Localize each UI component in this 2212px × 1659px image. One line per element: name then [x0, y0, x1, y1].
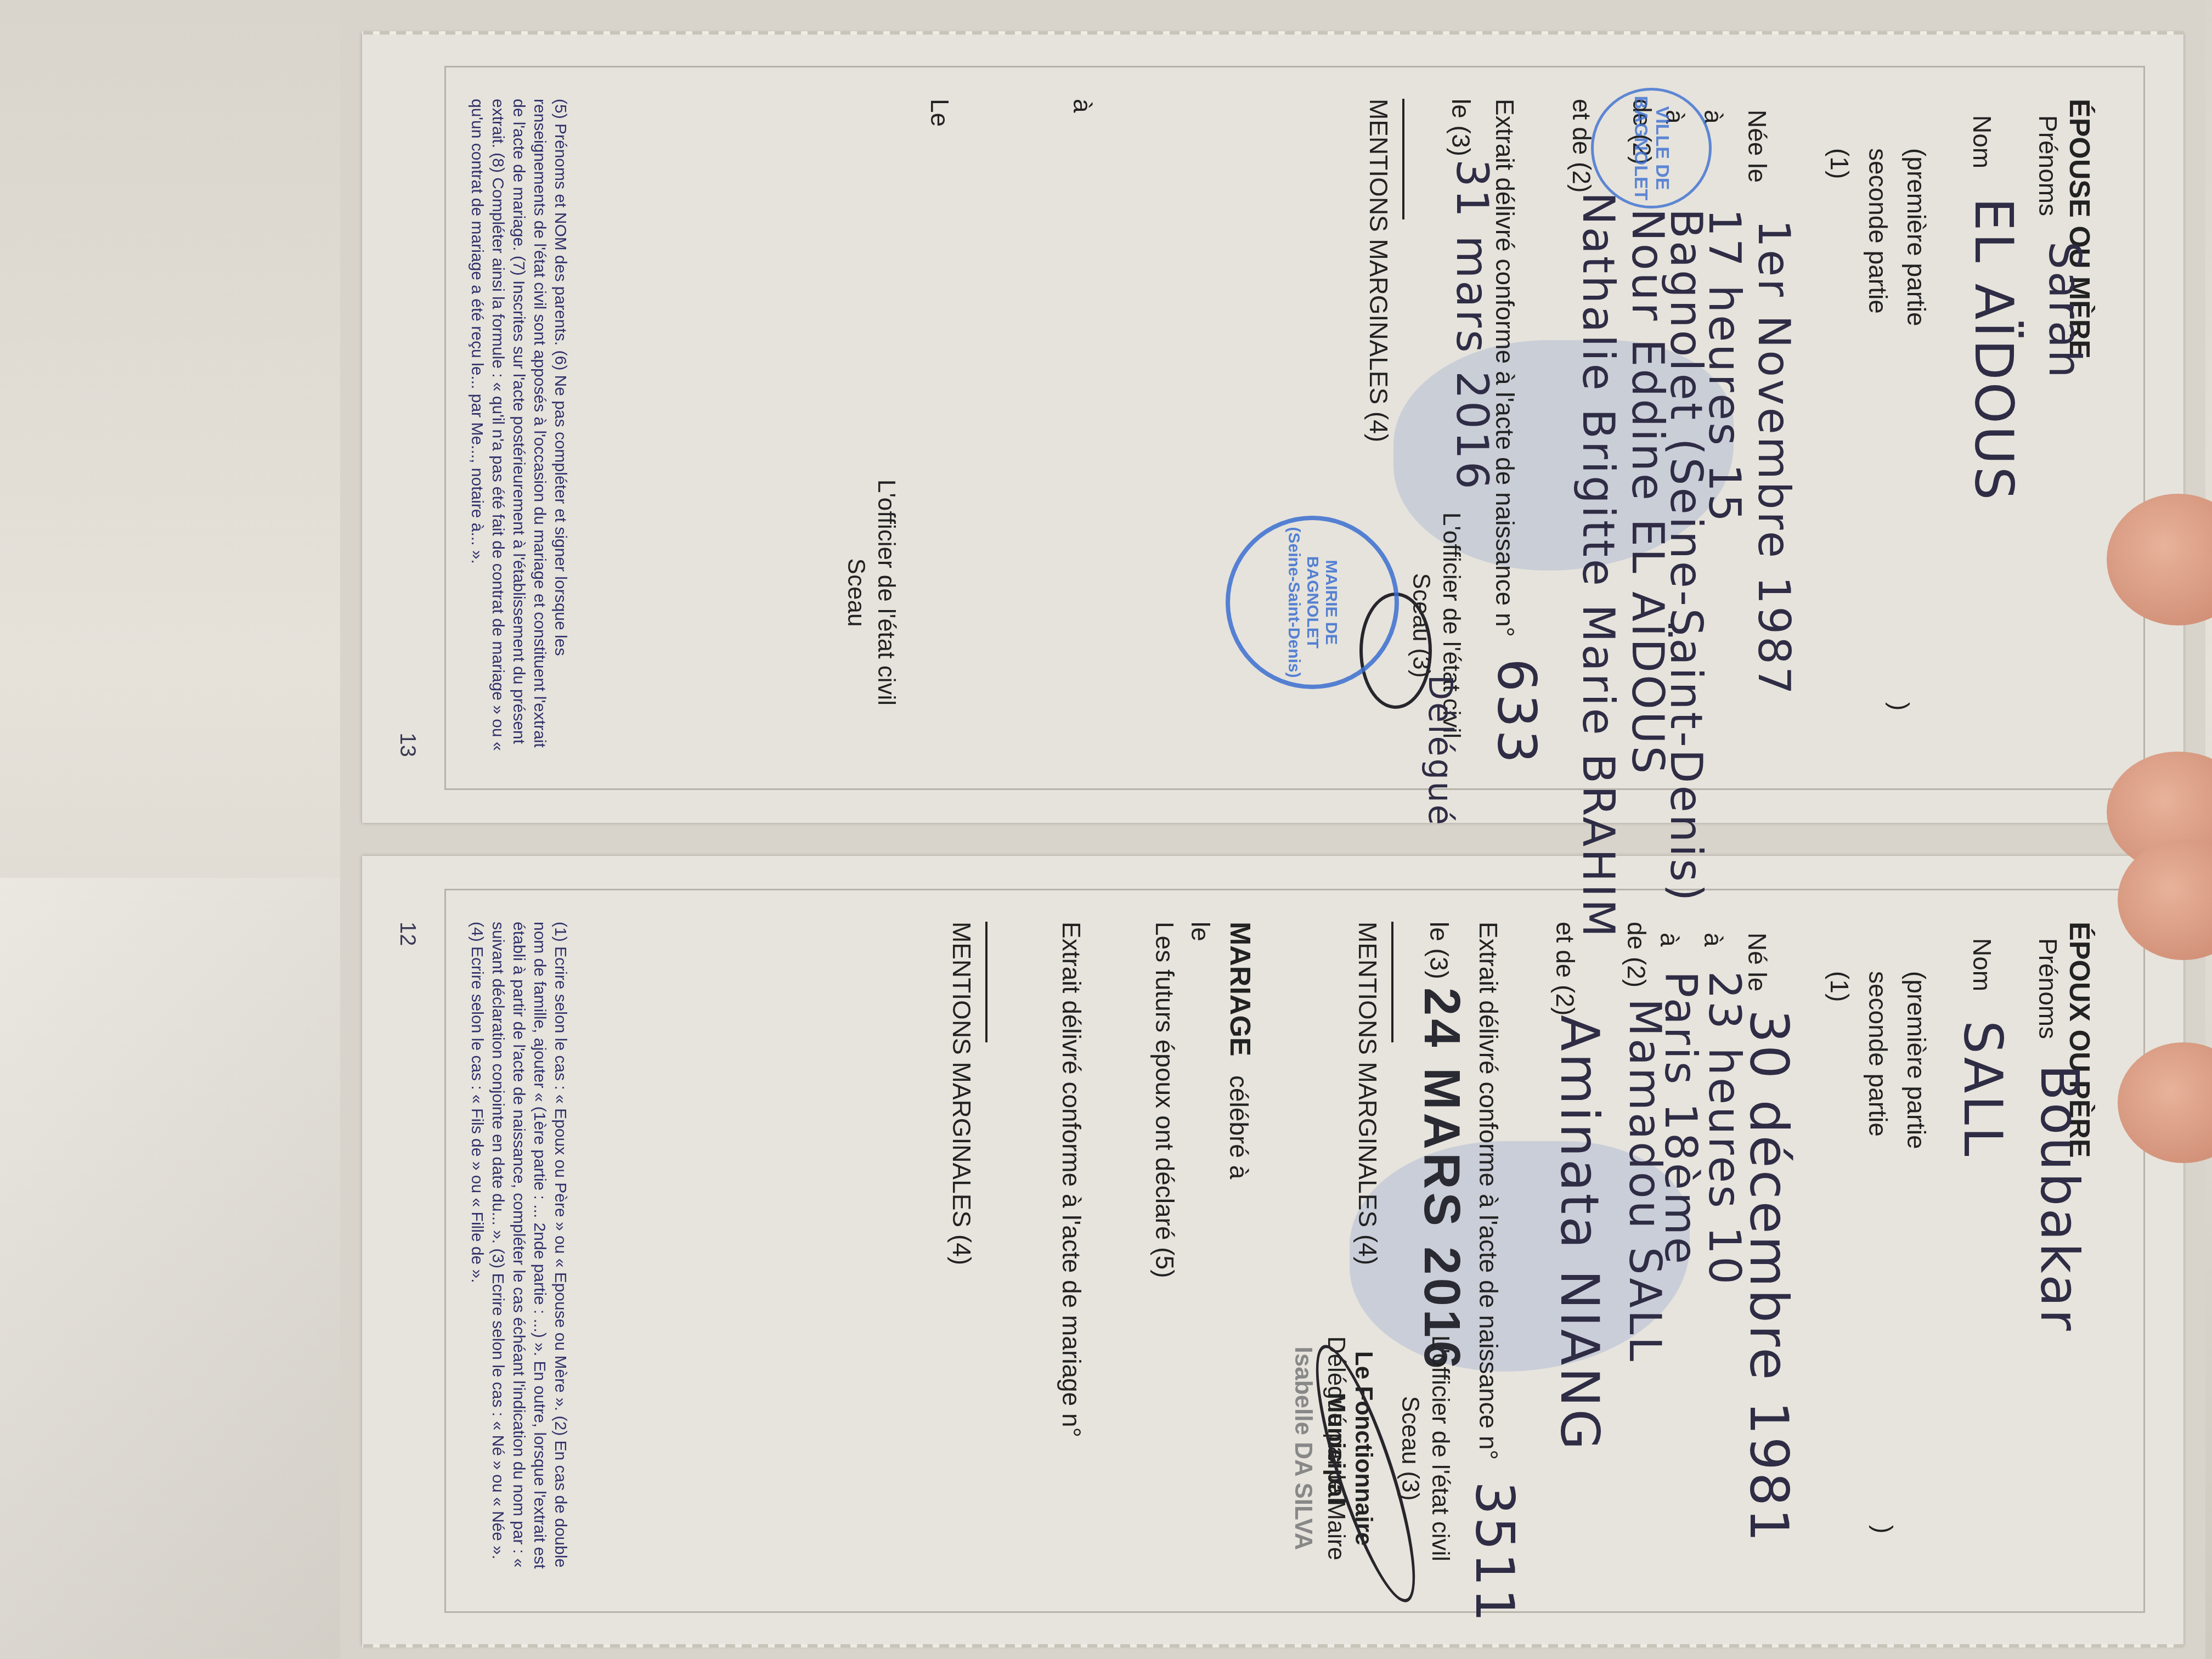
label-le: le (3)	[1424, 922, 1454, 979]
label-premiere-partie: (première partie	[1901, 971, 1931, 1149]
label-celebre-a: célébré à	[1224, 1075, 1254, 1179]
mariage-title: MARIAGE	[1223, 922, 1256, 1057]
value-mere: Aminata NIANG	[1549, 1015, 1610, 1452]
label-a-lieu: à	[1655, 933, 1684, 947]
label-mariage-le: le	[1186, 922, 1215, 941]
stamp-name: Isabelle DA SILVA	[1289, 1306, 1317, 1591]
label-a-heure: à	[1699, 933, 1728, 947]
family-booklet: ÉPOUX OU PÈRE Prénoms Boubakar Nom SALL …	[340, 0, 2205, 1659]
footnotes-left: (1) Ecrire selon le cas : « Epoux ou Pèr…	[466, 922, 571, 1580]
divider-rule	[1391, 922, 1393, 1042]
label-mentions-marginales: MENTIONS MARGINALES (4)	[1353, 922, 1383, 1265]
footnotes-right: (5) Prénoms et NOM des parents. (6) Ne p…	[466, 99, 571, 757]
label-nom: Nom	[1967, 938, 1997, 991]
seal-ville: VILLE DE BAGNOLET	[1591, 88, 1712, 208]
label-prenoms: Prénoms	[2033, 115, 2063, 216]
value-heure: 23 heures 10	[1699, 971, 1750, 1286]
value-acte-naissance-no: 3511	[1464, 1481, 1525, 1624]
label-nee-le: Née le	[1742, 110, 1772, 183]
label-mentions-marginales: MENTIONS MARGINALES (4)	[1364, 99, 1393, 442]
label-premiere-partie: (première partie	[1901, 148, 1931, 326]
label-de: de (2)	[1622, 922, 1651, 988]
value-pere: Nour Eddine EL AÏDOUS	[1622, 208, 1673, 776]
value-delegue: Délégué	[1421, 675, 1459, 827]
binding-stitch	[362, 31, 2183, 35]
label-seconde-partie: seconde partie	[1863, 971, 1893, 1137]
value-pere: Mamadou SALL	[1620, 998, 1671, 1363]
page-number-left: 12	[395, 922, 420, 946]
label-extrait-naissance: Extrait délivré conforme à l'acte de nai…	[1474, 922, 1503, 1460]
label-seconde-partie: seconde partie	[1863, 148, 1893, 314]
label-paren-close: )	[1885, 702, 1915, 710]
divider-rule	[985, 922, 988, 1042]
label-mentions-marginales-mariage: MENTIONS MARGINALES (4)	[947, 922, 977, 1265]
value-date-naissance: 1er Novembre 1987	[1748, 219, 1799, 697]
label-extrait-mariage: Extrait délivré conforme à l'acte de mar…	[1057, 922, 1086, 1437]
value-prenoms: Boubakar	[2029, 1064, 2090, 1333]
label-paren-close: )	[1869, 1525, 1898, 1533]
label-le: le (3)	[1446, 99, 1476, 156]
officer-label: L'officier de l'état civil	[1426, 1306, 1454, 1591]
seal-bottom-text: (Seine-Saint-Denis)	[1284, 527, 1303, 678]
label-note-1: (1)	[1825, 148, 1854, 179]
divider-rule	[1402, 99, 1404, 219]
label-nom: Nom	[1967, 115, 1997, 168]
page-left: ÉPOUX OU PÈRE Prénoms Boubakar Nom SALL …	[362, 856, 2183, 1646]
value-nom: EL AÏDOUS	[1963, 198, 2024, 502]
label-futurs-epoux: Les futurs époux ont déclaré (5)	[1150, 922, 1180, 1278]
page-number-right: 13	[395, 733, 420, 758]
label-a: à	[1068, 99, 1097, 113]
background-surface	[0, 878, 384, 1659]
label-le-date: Le	[925, 99, 955, 127]
label-note-1: (1)	[1825, 971, 1854, 1002]
page-right: ÉPOUSE OU MÈRE Prénoms Sarah Nom EL AÏDO…	[362, 33, 2183, 823]
booklet-spread: ÉPOUX OU PÈRE Prénoms Boubakar Nom SALL …	[340, 0, 2205, 1659]
sceau-label-2: Sceau	[842, 450, 870, 735]
value-mere: Nathalie Brigitte Marie BRAHIM	[1573, 192, 1624, 939]
value-nom: SALL	[1952, 1020, 2013, 1158]
label-prenoms: Prénoms	[2033, 938, 2063, 1039]
binding-stitch	[362, 1644, 2183, 1647]
seal-mairie: MAIRIE DE BAGNOLET (Seine-Saint-Denis)	[1226, 516, 1399, 689]
seal-top-text: MAIRIE DE BAGNOLET	[1303, 520, 1340, 685]
officer-label-2: L'officier de l'état civil	[872, 450, 900, 735]
value-date-extrait: 31 mars 2016	[1447, 159, 1498, 492]
value-prenoms: Sarah	[2039, 241, 2090, 380]
value-acte-naissance-no: 633	[1486, 658, 1547, 765]
